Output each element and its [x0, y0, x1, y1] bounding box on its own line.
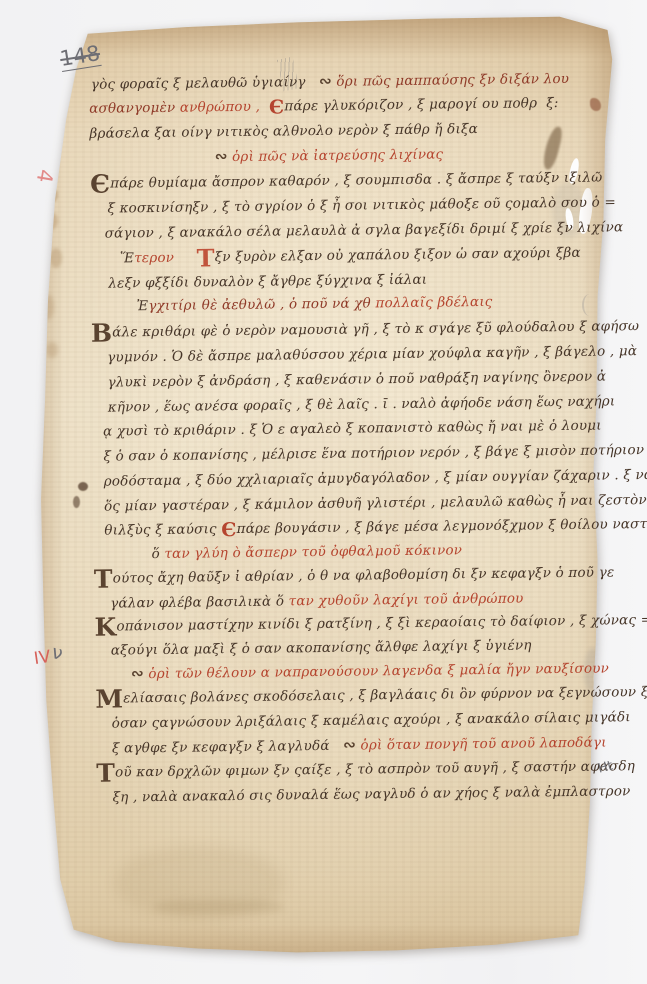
text-segment: ὅς μίαν γαστέραν , ξ κάμιλον ἀσθυῆ γλιστ… [104, 491, 647, 514]
rubric-segment: ὁρὶ τῶν θέλουν α ναπρανούσουν λαγενδα ξ … [144, 660, 609, 682]
manuscript-line: Τοῦ καν δρχλῶν φιμων ξν ςαίξε , ξ τὸ ασπ… [96, 757, 635, 782]
text-segment: γλυκὶ νερὸν ξ ἀνδράση , ξ καθενάσιν ὁ πο… [107, 369, 606, 391]
rubric-segment: ὁρὶ πῶς νὰ ἰατρεύσης λιχίνας [227, 146, 443, 165]
manuscript-line: ξ ὁ σαν ὁ κοπανίσης , μέλρισε ἕνα ποτήρι… [103, 441, 644, 466]
rubric-segment: ταν γλύη ὸ ἄσπερν τοῦ ὀφθαλμοῦ κόκινον [164, 542, 462, 562]
rubric-segment: ανθρώπου , [180, 99, 269, 116]
manuscript-line: ὅ ταν γλύη ὸ ἄσπερν τοῦ ὀφθαλμοῦ κόκινον [152, 541, 463, 563]
rubric-segment: ταν χυθοῦν λαχίγι τοῦ ἀνθρώπου [289, 591, 524, 610]
manuscript-line: ∾ ὁρὶ πῶς νὰ ἰατρεύσης λιχίνας [215, 144, 444, 166]
rubric-dark-segment: ὅρι πῶς μαππαύσης ξν διξάν λου [332, 71, 569, 90]
text-segment: πάρε βουγάσιν , ξ βάγε μέσα λεγμονόξχμον… [236, 516, 647, 537]
text-segment: ξ κοσκινίσηξν , ξ τὸ σγρίον ὁ ξ ἦ σοι νι… [107, 194, 616, 216]
scanned-manuscript: γὸς φοραῖς ξ μελαυθῶ ὑγιαίνγ ∾ ὅρι πῶς μ… [0, 0, 647, 984]
text-segment: λεξν φξξίδι δυναλὸν ξ ἄγθρε ξύγχινα ξ ἰά… [108, 272, 427, 292]
text-segment: σάγιον , ξ ανακάλο σέλα μελαυλὰ ἀ σγλα β… [105, 219, 624, 241]
rubric-pointer-mark: ∾ [131, 664, 144, 682]
text-segment: ξν ξυρὸν ελξαν οὐ χαπάλου ξιξον ὡ σαν αχ… [215, 245, 581, 265]
manuscript-line: ὁσαν ςαγνώσουν λριξάλαις ξ καμέλαις αχού… [112, 708, 631, 732]
rubric-segment: πολλαῖς βδέλαις [375, 294, 492, 311]
manuscript-line: ∾ ὁρὶ τῶν θέλουν α ναπρανούσουν λαγενδα … [131, 658, 609, 683]
text-segment: άλε κριθάρι φὲ ὁ νερὸν ναμουσιὰ γῆ , ξ τ… [112, 318, 639, 340]
text-segment: βράσελα ξαι οίνγ νιτικὸς αλθνολο νερὸν ξ… [89, 121, 478, 142]
manuscript-line: Μελίασαις βολάνες σκοδόσελαις , ξ βαγλάα… [95, 683, 647, 708]
text-segment: ξ αγθφε ξν κεφαγξν ξ λαγλυδά [112, 738, 343, 757]
initial-letter-red: Є [269, 96, 285, 118]
manuscript-line: ᾳ χυσὶ τὸ κριθάριν . ξ Ὁ ε αγαλεὸ ξ κοπα… [103, 417, 602, 441]
manuscript-line: γάλαν φλέβα βασιλικὰ ὅ ταν χυθοῦν λαχίγι… [110, 590, 524, 613]
manuscript-line: λεξν φξξίδι δυναλὸν ξ ἄγθρε ξύγχινα ξ ἰά… [108, 271, 427, 293]
rubric-pointer-mark: ∾ [319, 72, 332, 90]
manuscript-line: ὅς μίαν γαστέραν , ξ κάμιλον ἀσθυῆ γλιστ… [104, 490, 647, 515]
initial-letter: Β [91, 319, 113, 348]
manuscript-line: θιλξὺς ξ καύσις Єπάρε βουγάσιν , ξ βάγε … [104, 515, 647, 540]
initial-letter: Є [90, 170, 110, 199]
manuscript-line: Ἕτερον Τξν ξυρὸν ελξαν οὐ χαπάλου ξιξον … [120, 244, 581, 268]
text-segment: ελίασαις βολάνες σκοδόσελαις , ξ βαγλάαι… [123, 684, 647, 707]
manuscript-line: γυμνόν . Ὁ δὲ ἄσπρε μαλαθύσσου χέρια μία… [107, 342, 637, 366]
text-segment: γὸς φοραῖς ξ μελαυθῶ ὑγιαίνγ [91, 74, 319, 93]
text-segment: ξη , ναλὰ ανακαλό σις δυναλά ἕως ναγλυδ … [112, 783, 630, 805]
manuscript-line: κῆνον , ἕως ανέσα φοραῖς , ξ θὲ λαῖς . ῑ… [108, 392, 616, 416]
red-quire-mark: IV [33, 647, 52, 669]
manuscript-line: ροδόσταμα , ξ δύο χχλιαριαῖς ἀμυγδαγόλαδ… [104, 466, 647, 491]
text-segment: ροδόσταμα , ξ δύο χχλιαριαῖς ἀμυγδαγόλαδ… [104, 467, 647, 490]
rubric-segment: τερον [134, 250, 174, 266]
manuscript-line: ξη , ναλὰ ανακαλό σις δυναλά ἕως ναγλυδ … [112, 782, 630, 806]
manuscript-line: σάγιον , ξ ανακάλο σέλα μελαυλὰ ἀ σγλα β… [105, 218, 624, 242]
manuscript-line: Κοπάνισον μαστίχην κινίδι ξ ρατξίνη , ξ … [94, 611, 647, 636]
initial-letter-red: Τ [196, 243, 214, 272]
text-segment: οπάνισον μαστίχην κινίδι ξ ρατξίνη , ξ ξ… [116, 612, 647, 635]
text-segment: αξούγι ὅλα μαξὶ ξ ὁ σαν ακοπανίσης ἄλθφε… [111, 637, 532, 658]
manuscript-line: Єπάρε θυμίαμα ἄσπρον καθαρόν , ξ σουμπισ… [90, 169, 603, 193]
text-segment: γάλαν φλέβα βασιλικὰ ὅ [110, 593, 289, 611]
text-segment: πάρε θυμίαμα ἄσπρον καθαρόν , ξ σουμπισδ… [110, 170, 602, 192]
manuscript-line: Βάλε κριθάρι φὲ ὁ νερὸν ναμουσιὰ γῆ , ξ … [91, 317, 639, 342]
manuscript-line: Τούτος ἄχη θαῦξν ἰ αθρίαν , ὁ θ να φλαβο… [94, 563, 615, 587]
handwriting-layer: γὸς φοραῖς ξ μελαυθῶ ὑγιαίνγ ∾ ὅρι πῶς μ… [0, 0, 647, 984]
manuscript-line: αξούγι ὅλα μαξὶ ξ ὁ σαν ακοπανίσης ἄλθφε… [111, 636, 532, 659]
manuscript-line: Ἐγχιτίρι θὲ ἀεθυλῶ , ὁ ποῦ νά χθ πολλαῖς… [136, 293, 492, 315]
manuscript-line: ασθανγομὲν ανθρώπου , Єπάρε γλυκόριζον ,… [89, 94, 559, 118]
initial-letter-red: Є [221, 519, 237, 541]
initial-letter: Τ [96, 759, 115, 788]
rubric-segment: ὁρὶ ὅταν πονγῆ τοῦ ανοῦ λαποδάγι [356, 735, 607, 754]
text-segment: οῦ καν δρχλῶν φιμων ξν ςαίξε , ξ τὸ ασπρ… [115, 758, 635, 780]
manuscript-line: γλυκὶ νερὸν ξ ἀνδράση , ξ καθενάσιν ὁ πο… [107, 368, 606, 392]
manuscript-line: ξ κοσκινίσηξν , ξ τὸ σγρίον ὁ ξ ἦ σοι νι… [107, 193, 616, 217]
rubric-pointer-mark: ∾ [215, 147, 228, 165]
text-segment: γυμνόν . Ὁ δὲ ἄσπρε μαλαθύσσου χέρια μία… [107, 343, 637, 365]
initial-letter: Κ [94, 613, 116, 642]
text-segment [174, 249, 197, 265]
text-segment: Ἐ [136, 298, 148, 314]
text-segment: κῆνον , ἕως ανέσα φοραῖς , ξ θὲ λαῖς . ῑ… [108, 393, 616, 415]
text-segment: ὁσαν ςαγνώσουν λριξάλαις ξ καμέλαις αχού… [112, 709, 631, 731]
rubric-dark-segment: ασθανγομὲν [89, 100, 180, 117]
rubric-pointer-mark: ∾ [343, 736, 356, 754]
text-segment: ούτος ἄχη θαῦξν ἰ αθρίαν , ὁ θ να φλαβοθ… [113, 564, 615, 586]
text-segment: ξ ὁ σαν ὁ κοπανίσης , μέλρισε ἕνα ποτήρι… [103, 442, 644, 465]
text-segment: ὅ [152, 546, 165, 562]
manuscript-line: βράσελα ξαι οίνγ νιτικὸς αλθνολο νερὸν ξ… [89, 120, 478, 143]
manuscript-line: γὸς φοραῖς ξ μελαυθῶ ὑγιαίνγ ∾ ὅρι πῶς μ… [91, 69, 569, 94]
text-segment: θιλξὺς ξ καύσις [104, 521, 221, 538]
text-segment: πάρε γλυκόριζον , ξ μαρογί ου ποθρ ξ: [284, 95, 558, 114]
initial-letter: Μ [95, 684, 123, 713]
text-segment: ᾳ χυσὶ τὸ κριθάριν . ξ Ὁ ε αγαλεὸ ξ κοπα… [103, 418, 602, 440]
manuscript-line: ξ αγθφε ξν κεφαγξν ξ λαγλυδά ∾ ὁρὶ ὅταν … [112, 733, 607, 758]
initial-letter: Τ [94, 565, 113, 594]
rubric-dark-segment: γχιτίρι θὲ ἀεθυλῶ , ὁ ποῦ νά χθ [148, 295, 375, 314]
text-segment: Ἕ [120, 250, 134, 266]
